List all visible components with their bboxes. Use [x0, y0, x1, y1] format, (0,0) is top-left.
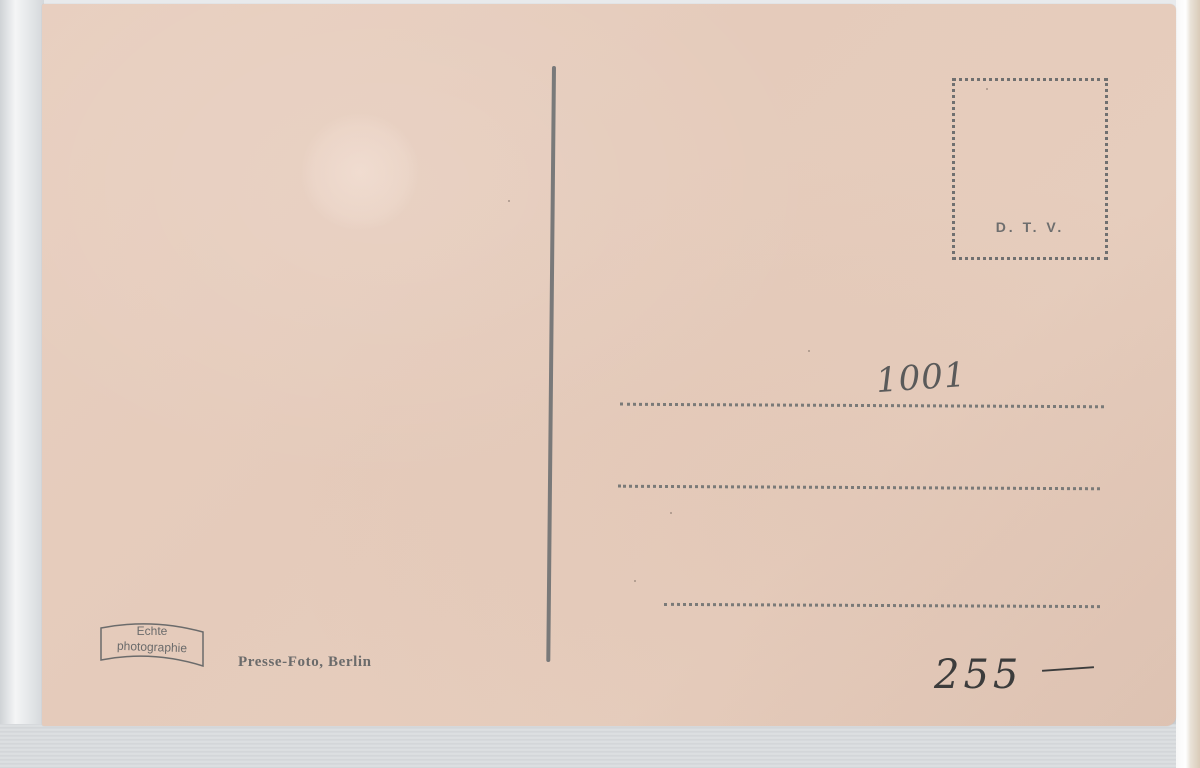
address-line-3 — [664, 603, 1100, 608]
paper-speck — [986, 88, 988, 90]
publisher-imprint: Presse-Foto, Berlin — [238, 654, 372, 671]
address-line-1 — [620, 403, 1104, 409]
echte-photographie-stamp: Echte photographie — [98, 620, 206, 670]
stamp-placement-box: D. T. V. — [952, 78, 1108, 260]
scanner-background-left — [0, 0, 44, 768]
scanner-background-bottom — [0, 724, 1200, 768]
paper-speck — [634, 580, 636, 582]
stamp-box-label: D. T. V. — [955, 219, 1105, 235]
handwritten-number-top: 1001 — [875, 355, 968, 401]
center-divider-line — [546, 66, 556, 662]
postcard-back: D. T. V. 1001 Echte photographie Presse-… — [42, 4, 1176, 726]
faded-watermark — [300, 112, 420, 232]
stamp-text-echte: Echte — [98, 624, 206, 638]
paper-speck — [808, 350, 810, 352]
handwritten-dash — [1042, 666, 1094, 672]
paper-speck — [670, 512, 672, 514]
address-line-2 — [618, 485, 1100, 491]
scanner-background-right — [1176, 0, 1200, 768]
paper-speck — [508, 200, 510, 202]
handwritten-number-bottom: 255 — [934, 652, 1022, 698]
